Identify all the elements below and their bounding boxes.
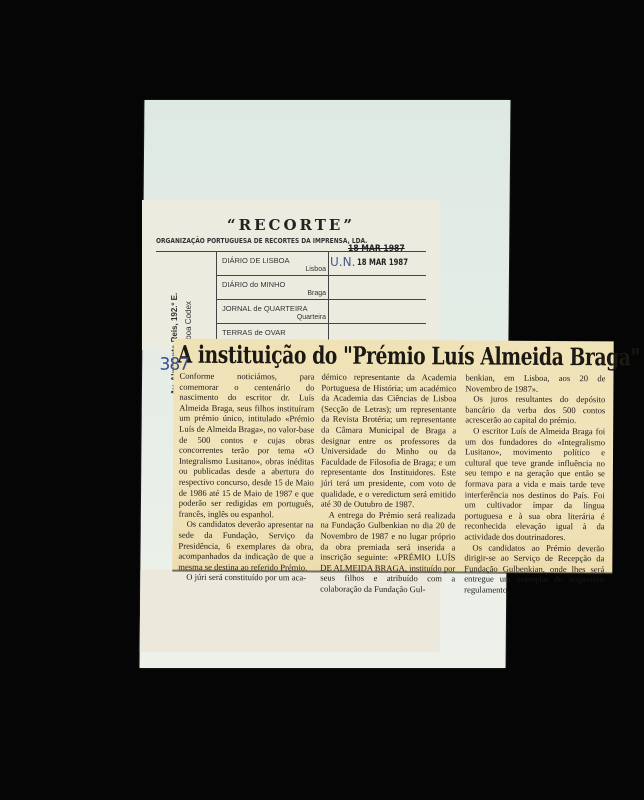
article-headline: A instituição do "Prémio Luís Almeida Br… — [178, 340, 641, 372]
paragraph: Os juros resultantes do depósito bancári… — [465, 394, 605, 427]
paragraph: Conforme noticiámos, para comemorar o ce… — [179, 371, 315, 520]
publication-city: Quarteira — [297, 314, 326, 321]
paragraph: Os candidatos ao Prémio deverão dirigir-… — [464, 542, 604, 596]
publication-name: DIÁRIO do MINHO — [222, 280, 285, 289]
slip-title: “RECORTE” — [142, 216, 440, 234]
clipping-service-slip: “RECORTE” ORGANIZAÇÃO PORTUGUESA DE RECO… — [142, 200, 440, 350]
handwritten-mark: U.N. — [330, 255, 355, 269]
date-stamp: 18 MAR 1987 — [357, 258, 408, 268]
publication-name: DIÁRIO DE LISBOA — [222, 256, 290, 265]
paragraph: benkian, em Lisboa, aos 20 de Novembro d… — [465, 372, 605, 394]
publication-name: TERRAS de OVAR — [222, 328, 286, 337]
publication-city: Braga — [307, 290, 326, 297]
newspaper-clipping: A instituição do "Prémio Luís Almeida Br… — [172, 339, 613, 574]
publication-city: Lisboa — [305, 266, 326, 273]
paragraph: O júri será constituído por um aca- — [178, 572, 313, 583]
publication-entry: DIÁRIO DE LISBOA Lisboa — [216, 252, 328, 276]
publication-name: JORNAL de QUARTEIRA — [222, 304, 307, 313]
article-column-3: benkian, em Lisboa, aos 20 de Novembro d… — [464, 372, 605, 595]
article-column-1: Conforme noticiámos, para comemorar o ce… — [178, 371, 314, 584]
paragraph: A entrega do Prémio será realizada na Fu… — [320, 509, 456, 595]
struck-date-stamp: 18 MAR 1987 — [348, 244, 405, 254]
paragraph: démico representante da Academia Portugu… — [321, 372, 457, 511]
slip-divider — [328, 251, 329, 350]
paragraph: Os candidatos deverão apresentar na sede… — [178, 519, 313, 573]
publication-entry: JORNAL de QUARTEIRA Quarteira — [216, 300, 328, 324]
slip-subtitle: ORGANIZAÇÃO PORTUGUESA DE RECORTES DA IM… — [156, 236, 367, 245]
paragraph: O escritor Luís de Almeida Braga foi um … — [464, 425, 605, 542]
publication-entry: DIÁRIO do MINHO Braga — [216, 276, 328, 300]
article-column-2: démico representante da Academia Portugu… — [320, 372, 456, 595]
